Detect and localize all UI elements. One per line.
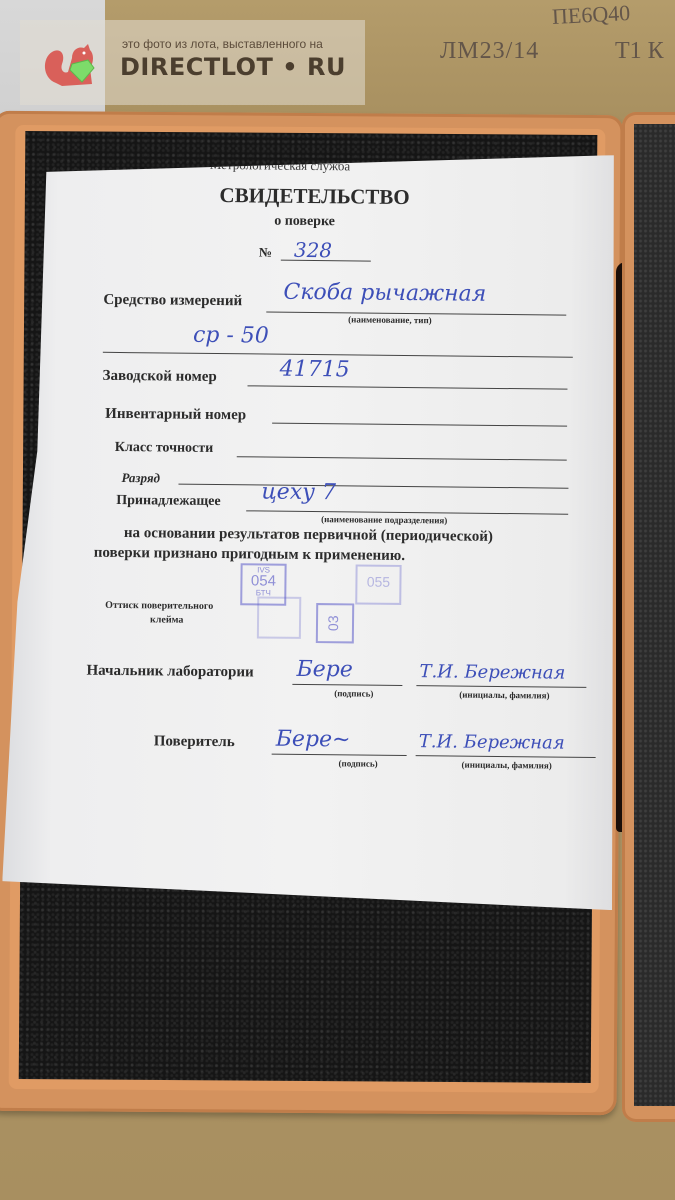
name-hint-head: (инициалы, фамилия) bbox=[459, 690, 549, 701]
field-label-grade: Разряд bbox=[121, 470, 160, 486]
verification-stamp-2: 055 bbox=[355, 564, 401, 604]
verification-certificate: Метрологическая служба СВИДЕТЕЛЬСТВО о п… bbox=[2, 149, 620, 910]
name-head: Т.И. Бережная bbox=[419, 661, 565, 684]
field-label-accuracy: Класс точности bbox=[115, 440, 214, 457]
directlot-watermark: это фото из лота, выставленного на DIREC… bbox=[20, 20, 365, 105]
field-value-type: ср - 50 bbox=[193, 323, 269, 349]
signature-verifier: Бере~ bbox=[276, 727, 351, 753]
signature-hint-verifier: (подпись) bbox=[339, 758, 378, 768]
verification-stamp-4 bbox=[257, 596, 301, 638]
signature-role-verifier: Поверитель bbox=[154, 733, 235, 751]
conclusion-line1: на основании результатов первичной (пери… bbox=[124, 525, 493, 546]
stamp-label-line1: Оттиск поверительного bbox=[105, 600, 213, 612]
case-lid bbox=[622, 112, 675, 1122]
box-print-line3: Т1 К bbox=[615, 38, 664, 65]
field-value-instrument: Скоба рычажная bbox=[283, 280, 486, 307]
watermark-brand: DIRECTLOT • RU bbox=[120, 53, 346, 81]
stamp-label-line2: клейма bbox=[150, 614, 183, 625]
lid-foam-lining bbox=[634, 124, 675, 1106]
field-label-owner: Принадлежащее bbox=[116, 493, 221, 510]
box-print-line2: ЛМ23/14 bbox=[440, 38, 539, 65]
field-value-serial: 41715 bbox=[280, 357, 350, 383]
conclusion-line2: поверки признано пригодным к применению. bbox=[94, 545, 406, 565]
certificate-number: 328 bbox=[294, 238, 332, 262]
field-label-inventory: Инвентарный номер bbox=[105, 406, 246, 424]
signature-head: Бере bbox=[296, 657, 353, 683]
box-print-line1: ПЕ6Q40 bbox=[551, 0, 630, 30]
name-verifier: Т.И. Бережная bbox=[419, 731, 565, 754]
field-label-instrument: Средство измерений bbox=[103, 292, 242, 310]
field-hint-owner: (наименование подразделения) bbox=[321, 514, 447, 525]
field-value-owner: цеху 7 bbox=[261, 479, 336, 505]
signature-hint-head: (подпись) bbox=[334, 688, 373, 698]
field-hint-instrument: (наименование, тип) bbox=[348, 314, 432, 325]
certificate-subtitle: о поверке bbox=[274, 214, 335, 231]
signature-role-head: Начальник лаборатории bbox=[86, 663, 253, 682]
watermark-caption: это фото из лота, выставленного на bbox=[122, 37, 323, 51]
verification-stamp-3: 03 bbox=[316, 603, 354, 643]
squirrel-with-gem-icon bbox=[42, 38, 102, 93]
name-hint-verifier: (инициалы, фамилия) bbox=[461, 760, 551, 771]
certificate-title: СВИДЕТЕЛЬСТВО bbox=[219, 183, 409, 210]
field-label-serial: Заводской номер bbox=[103, 368, 217, 386]
number-label: № bbox=[259, 244, 272, 260]
